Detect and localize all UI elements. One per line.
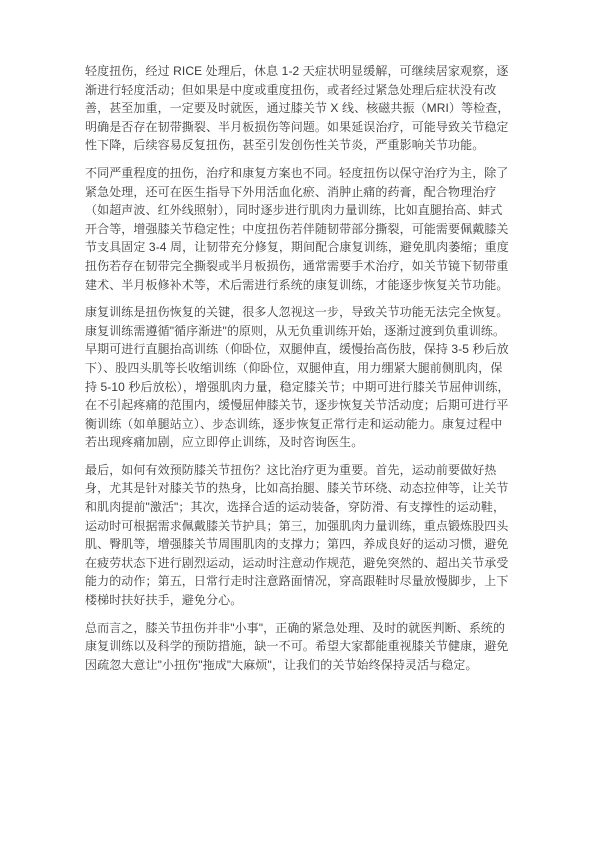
- document-page: 轻度扭伤，经过 RICE 处理后，休息 1-2 天症状明显缓解，可继续居家观察，…: [0, 0, 595, 842]
- paragraph-conclusion: 总而言之，膝关节扭伤并非"小事"，正确的紧急处理、及时的就医判断、系统的康复训练…: [85, 619, 510, 675]
- paragraph-rehab-training: 康复训练是扭伤恢复的关键，很多人忽视这一步，导致关节功能无法完全恢复。康复训练需…: [85, 303, 510, 452]
- paragraph-mild-sprain-when-to-see-doctor: 轻度扭伤，经过 RICE 处理后，休息 1-2 天症状明显缓解，可继续居家观察，…: [85, 62, 510, 155]
- document-body: 轻度扭伤，经过 RICE 处理后，休息 1-2 天症状明显缓解，可继续居家观察，…: [85, 62, 510, 683]
- paragraph-prevention-tips: 最后，如何有效预防膝关节扭伤？这比治疗更为重要。首先，运动前要做好热身，尤其是针…: [85, 461, 510, 610]
- paragraph-treatment-by-severity: 不同严重程度的扭伤，治疗和康复方案也不同。轻度扭伤以保守治疗为主，除了紧急处理，…: [85, 164, 510, 294]
